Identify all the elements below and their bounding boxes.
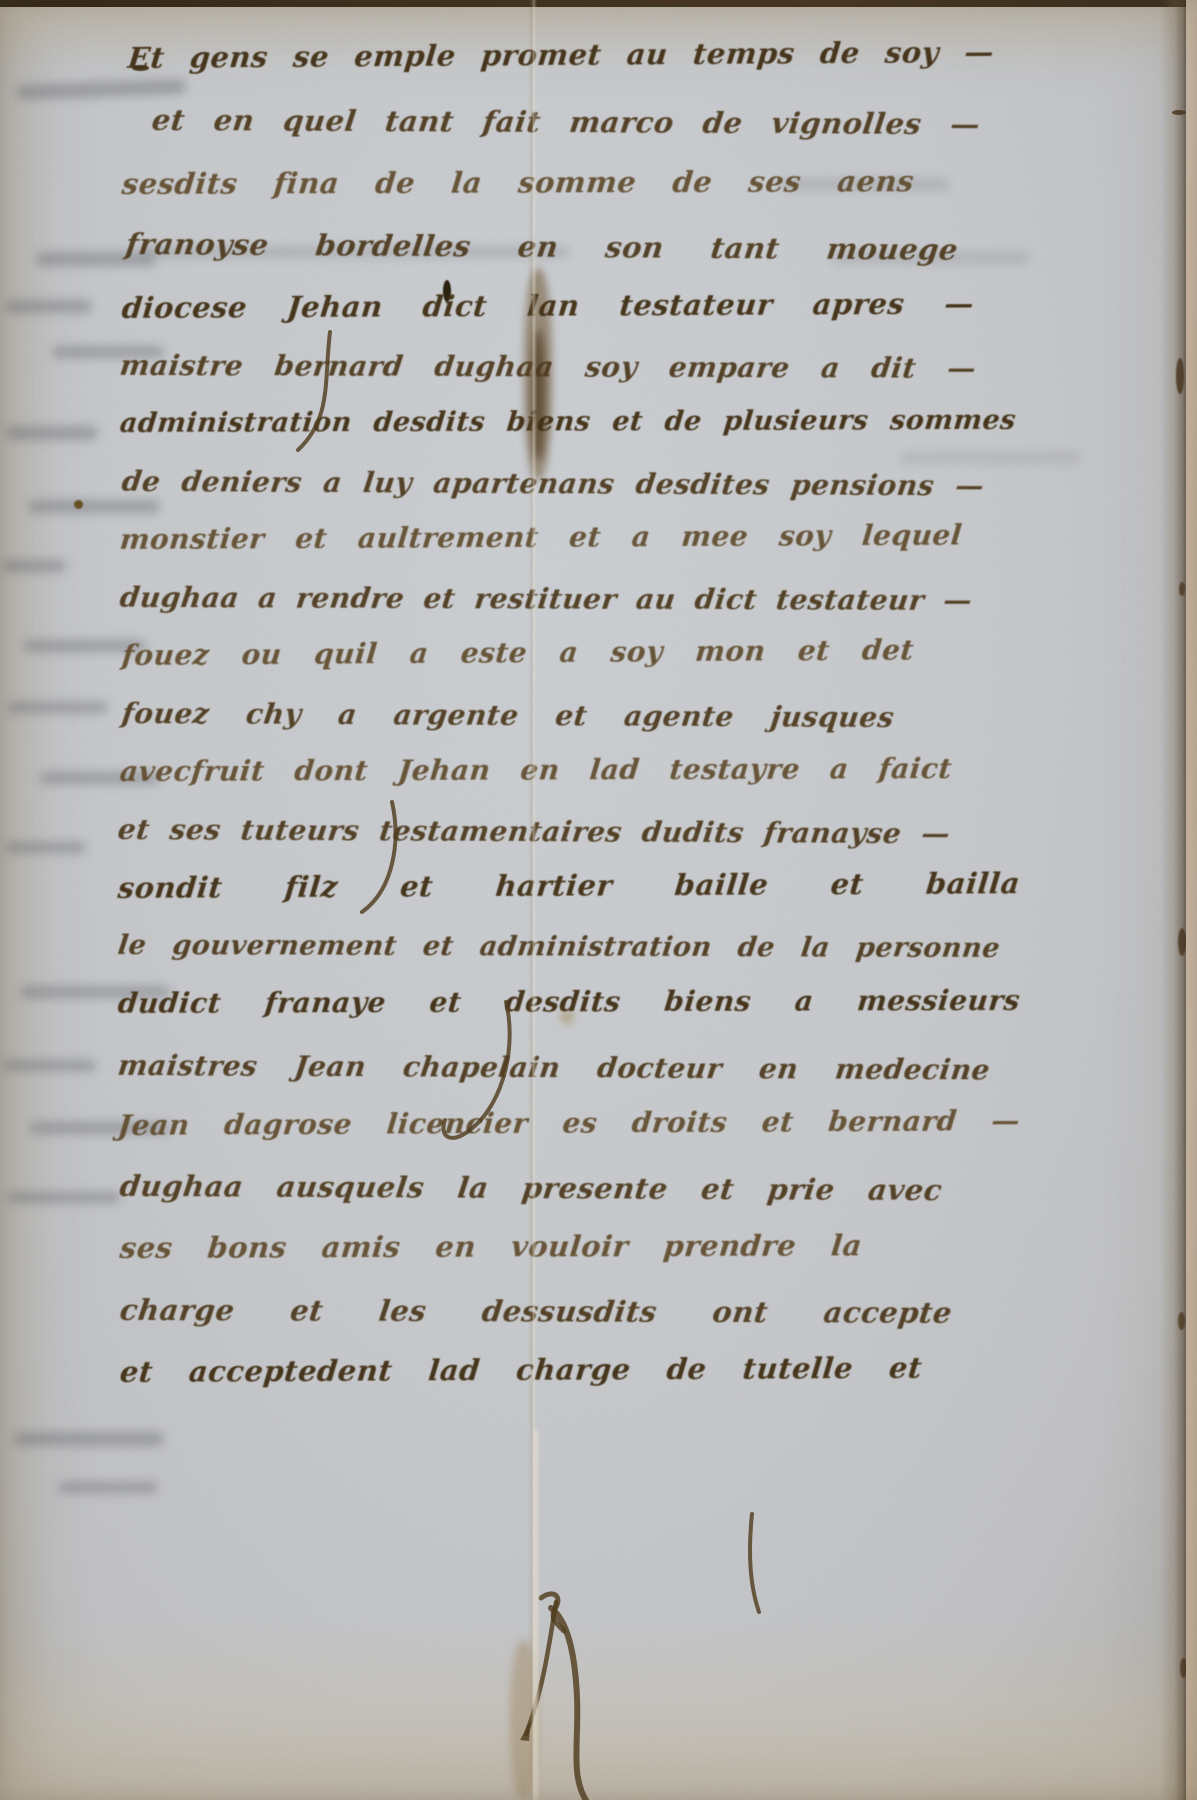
adjacent-page-edge (1186, 0, 1197, 1800)
show-through-mark (6, 842, 86, 853)
manuscript-line: sondit filz et hartier baille et bailla (117, 869, 1022, 903)
show-through-mark (900, 452, 1080, 464)
show-through-mark (28, 500, 160, 513)
fold-crease-highlight (534, 1430, 538, 1800)
ink-speck (74, 500, 83, 509)
manuscript-line: dudict franaye et desdits biens a messie… (117, 987, 1022, 1018)
manuscript-line: franoyse bordelles en son tant mouege (124, 230, 960, 265)
manuscript-line: dughaa a rendre et restituer au dict tes… (118, 584, 974, 615)
manuscript-page: Et gens se emple promet au temps de soy … (0, 0, 1197, 1800)
manuscript-line: et en quel tant fait marco de vignolles … (150, 106, 982, 139)
show-through-mark (8, 1192, 120, 1203)
show-through-mark (6, 426, 98, 440)
manuscript-line: maistre bernard dughaa soy empare a dit … (118, 352, 978, 383)
show-through-mark (8, 702, 108, 713)
manuscript-line: Et gens se emple promet au temps de soy … (127, 38, 996, 73)
manuscript-line: fouez chy a argente et agente jusques (120, 700, 896, 732)
top-shadow-edge (0, 0, 1197, 7)
show-through-mark (4, 1060, 96, 1071)
show-through-mark (6, 300, 92, 313)
manuscript-line: Jean dagrose licencier es droits et bern… (117, 1107, 1022, 1140)
show-through-mark (14, 1432, 164, 1446)
manuscript-line: sesdits fina de la somme de ses aens (121, 167, 916, 199)
show-through-mark (2, 560, 66, 572)
manuscript-line: diocese Jehan dict lan testateur apres — (121, 290, 976, 323)
manuscript-line: monstier et aultrement et a mee soy lequ… (119, 522, 964, 554)
manuscript-line: ses bons amis en vouloir prendre la (119, 1231, 864, 1263)
manuscript-line: fouez ou quil a este a soy mon et det (121, 636, 916, 670)
manuscript-line: de deniers a luy apartenans desdites pen… (120, 468, 986, 500)
manuscript-line: et acceptedent lad charge de tutelle et (119, 1354, 924, 1387)
manuscript-line: le gouvernement et administration de la … (116, 932, 1001, 962)
show-through-mark (58, 1482, 158, 1493)
gutter-crease (1160, 0, 1186, 1800)
show-through-mark (16, 79, 186, 100)
manuscript-line: administration desdits biens et de plusi… (119, 407, 1018, 437)
manuscript-line: maistres Jean chapelain docteur en medec… (116, 1052, 992, 1085)
